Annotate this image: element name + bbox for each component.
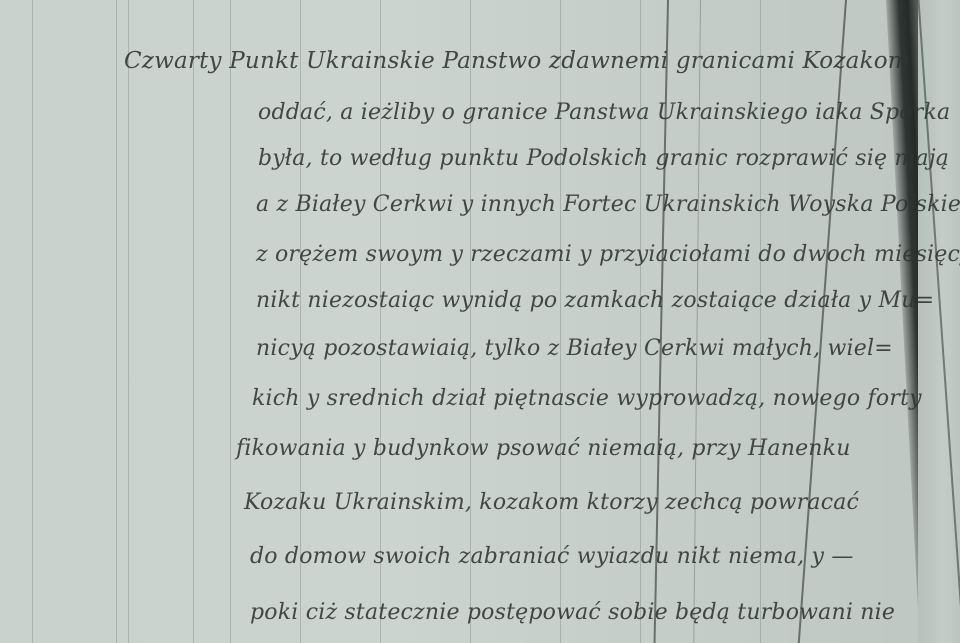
manuscript-text: Czwarty Punkt Ukrainskie Panstwo zdawnem… xyxy=(0,0,960,643)
text-line-2: oddać, a ieżliby o granice Panstwa Ukrai… xyxy=(258,100,950,125)
text-line-10: Kozaku Ukrainskim, kozakom ktorzy zechcą… xyxy=(244,490,859,515)
text-line-6: nikt niezostaiąc wynidą po zamkach zosta… xyxy=(256,288,934,313)
text-line-5: z orężem swoym y rzeczami y przyiaciołam… xyxy=(256,242,960,267)
text-line-7: nicyą pozostawiaią, tylko z Białey Cerkw… xyxy=(256,336,893,361)
text-line-1: Czwarty Punkt Ukrainskie Panstwo zdawnem… xyxy=(124,48,910,74)
text-line-8: kich y srednich dział piętnascie wyprowa… xyxy=(252,386,922,411)
manuscript-page: Czwarty Punkt Ukrainskie Panstwo zdawnem… xyxy=(0,0,960,643)
text-line-3: była, to według punktu Podolskich granic… xyxy=(258,146,949,171)
text-line-4: a z Białey Cerkwi y innych Fortec Ukrain… xyxy=(256,192,960,217)
text-line-12: poki ciż statecznie postępować sobie będ… xyxy=(250,600,895,625)
text-line-9: fikowania y budynkow psować niemaią, prz… xyxy=(236,436,851,461)
text-line-11: do domow swoich zabraniać wyiazdu nikt n… xyxy=(250,544,854,569)
